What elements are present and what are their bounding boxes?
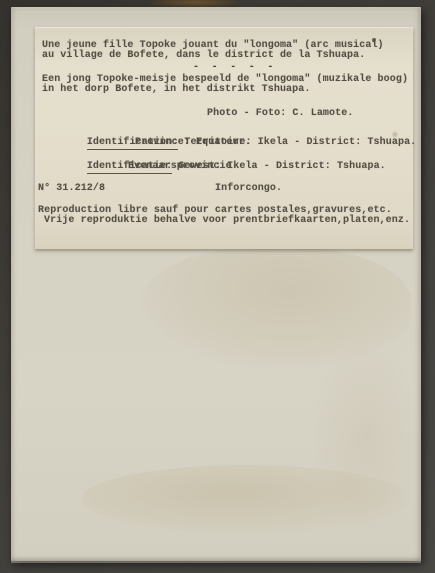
- license-nl: Vrije reproduktie behalve voor prentbrie…: [44, 216, 410, 226]
- agency-name: Inforcongo.: [215, 184, 282, 194]
- paper-stain-bottom: [81, 465, 411, 533]
- reference-number: N° 31.212/8: [38, 184, 105, 194]
- photo-credit: Photo - Foto: C. Lamote.: [207, 109, 353, 119]
- identification-nl-province: Evenaarsprovincie.: [128, 162, 238, 172]
- typed-caption-label: Une jeune fille Topoke jouant du "longom…: [35, 27, 413, 249]
- identification-fr-province: Province: Equateur.: [135, 138, 251, 148]
- scanned-photo-back: Une jeune fille Topoke jouant du "longom…: [0, 0, 435, 573]
- caption-separator: - - - - -: [193, 63, 274, 73]
- caption-nl-line2: in het dorp Bofete, in het distrikt Tshu…: [42, 85, 310, 95]
- caption-fr-line2: au village de Bofete, dans le district d…: [42, 51, 365, 61]
- photo-back-paper: Une jeune fille Topoke jouant du "longom…: [11, 7, 421, 561]
- paper-stain-right: [311, 337, 421, 537]
- smudge-mark: [391, 131, 399, 138]
- paper-stain-middle: [141, 247, 411, 367]
